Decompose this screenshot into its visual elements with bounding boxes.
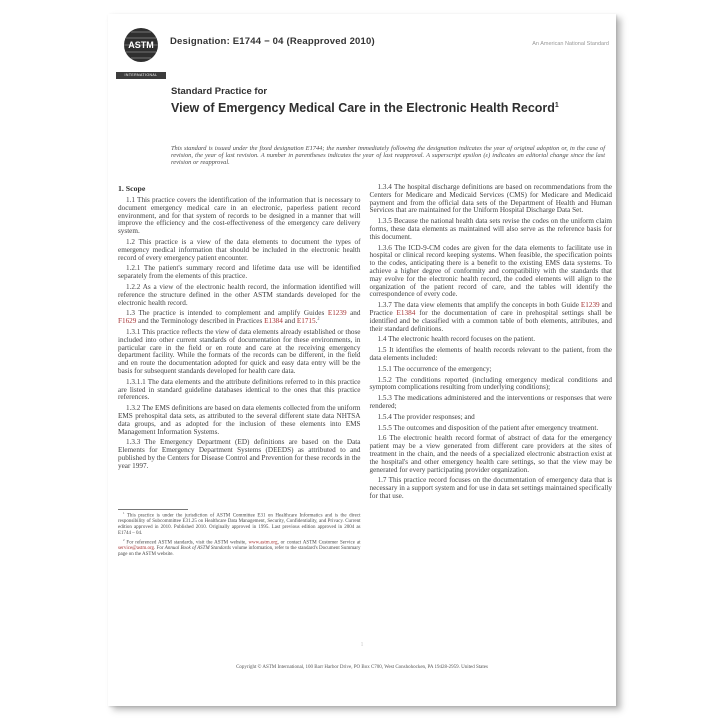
footnotes: 1 This practice is under the jurisdictio… xyxy=(118,513,361,559)
text-run: 1.2.1 The patient's summary record and l… xyxy=(118,264,361,280)
text-run: 1.3.7 The data view elements that amplif… xyxy=(378,301,581,309)
paragraph: 1.5.4 The provider responses; and xyxy=(370,414,613,422)
text-run: 1.6 The electronic health record format … xyxy=(370,434,613,473)
text-run: , or contact ASTM Customer Service at xyxy=(277,540,360,545)
paragraph: 1.5.5 The outcomes and disposition of th… xyxy=(370,425,613,433)
text-run: 1.5.2 The conditions reported (including… xyxy=(370,376,613,392)
paragraph: 1.3.5 Because the national health data s… xyxy=(370,218,613,241)
text-run: Annual Book of ASTM Standards xyxy=(165,546,231,551)
paragraph: 1.5.2 The conditions reported (including… xyxy=(370,377,613,393)
text-run: . For xyxy=(154,546,165,551)
text-run: 1.5.5 The outcomes and disposition of th… xyxy=(378,424,599,432)
paragraph: 1.3.2 The EMS definitions are based on d… xyxy=(118,405,361,436)
globe-icon: ASTM xyxy=(117,26,165,66)
text-run: 1.2 This practice is a view of the data … xyxy=(118,238,361,262)
right-column: 1.3.4 The hospital discharge definitions… xyxy=(370,184,613,561)
text-run: 1.5.3 The medications administered and t… xyxy=(370,394,613,410)
standard-link[interactable]: E1384 xyxy=(264,317,283,325)
standard-link[interactable]: E1384 xyxy=(397,309,416,317)
document-page: ASTM INTERNATIONAL Designation: E1744 − … xyxy=(108,14,616,706)
paragraph: 1.3.4 The hospital discharge definitions… xyxy=(370,184,613,215)
paragraph: 1.3 The practice is intended to compleme… xyxy=(118,310,361,326)
text-run: 1.7 This practice record focuses on the … xyxy=(370,476,613,500)
page-number: 1 xyxy=(108,642,616,648)
paragraph: 1.3.7 The data view elements that amplif… xyxy=(370,302,613,333)
scope-section: 1. Scope 1.1 This practice covers the id… xyxy=(118,184,612,561)
boilerplate-text: This standard is issued under the fixed … xyxy=(171,145,605,167)
standard-link[interactable]: E1715 xyxy=(297,317,316,325)
paragraph: 1.2.2 As a view of the electronic health… xyxy=(118,284,361,307)
text-run: 1.1 This practice covers the identificat… xyxy=(118,196,361,235)
paragraph: 1.1 This practice covers the identificat… xyxy=(118,197,361,236)
paragraph: 1 This practice is under the jurisdictio… xyxy=(118,513,361,538)
text-run: 1.4 The electronic health record focuses… xyxy=(378,335,536,343)
text-run: 1.5.1 The occurrence of the emergency; xyxy=(378,365,492,373)
paragraph: 1.3.3 The Emergency Department (ED) defi… xyxy=(118,439,361,470)
scope-heading: 1. Scope xyxy=(118,184,361,193)
text-run: 2 xyxy=(317,316,319,321)
paragraph: 2 For referenced ASTM standards, visit t… xyxy=(118,540,361,559)
right-paragraphs: 1.3.4 The hospital discharge definitions… xyxy=(370,184,613,501)
left-column: 1. Scope 1.1 This practice covers the id… xyxy=(118,184,361,561)
text-run: 1.3.6 The ICD-9-CM codes are given for t… xyxy=(370,244,613,299)
title-kicker: Standard Practice for xyxy=(171,86,608,97)
designation-text: Designation: E1744 − 04 (Reapproved 2010… xyxy=(170,36,375,47)
paragraph: 1.3.1.1 The data elements and the attrib… xyxy=(118,379,361,402)
paragraph: 1.3.6 The ICD-9-CM codes are given for t… xyxy=(370,245,613,300)
paragraph: 1.2 This practice is a view of the data … xyxy=(118,239,361,262)
text-run: 1.3.5 Because the national health data s… xyxy=(370,217,613,241)
standard-link[interactable]: F1629 xyxy=(118,317,136,325)
text-run: 1.5.4 The provider responses; and xyxy=(378,413,475,421)
paragraph: 1.7 This practice record focuses on the … xyxy=(370,477,613,500)
standard-link[interactable]: www.astm.org xyxy=(248,540,277,545)
text-run: 1.2.2 As a view of the electronic health… xyxy=(118,283,361,307)
paragraph: 1.5 It identifies the elements of health… xyxy=(370,347,613,363)
text-run: 1.5 It identifies the elements of health… xyxy=(370,346,613,362)
astm-logo-banner: INTERNATIONAL xyxy=(116,72,166,79)
national-standard-note: An American National Standard xyxy=(532,41,609,47)
standard-link[interactable]: E1239 xyxy=(328,309,347,317)
standard-link[interactable]: service@astm.org xyxy=(118,546,154,551)
title-block: Standard Practice for View of Emergency … xyxy=(171,86,608,116)
title-footnote-marker: 1 xyxy=(555,102,559,109)
text-run: 1.3.3 The Emergency Department (ED) defi… xyxy=(118,438,361,469)
standard-link[interactable]: E1239 xyxy=(581,301,600,309)
text-run: 1.3.1 This practice reflects the view of… xyxy=(118,328,361,375)
left-paragraphs: 1.1 This practice covers the identificat… xyxy=(118,197,361,471)
text-run: 1.3.4 The hospital discharge definitions… xyxy=(370,183,613,214)
text-run: For referenced ASTM standards, visit the… xyxy=(125,540,249,545)
paragraph: 1.2.1 The patient's summary record and l… xyxy=(118,265,361,281)
text-run: 1.3.2 The EMS definitions are based on d… xyxy=(118,404,361,435)
paragraph: 1.4 The electronic health record focuses… xyxy=(370,336,613,344)
astm-logo: ASTM INTERNATIONAL xyxy=(116,26,166,79)
title-text: View of Emergency Medical Care in the El… xyxy=(171,101,555,115)
page-title: View of Emergency Medical Care in the El… xyxy=(171,99,608,116)
text-run: and the Terminology described in Practic… xyxy=(136,317,264,325)
paragraph: 1.5.1 The occurrence of the emergency; xyxy=(370,366,613,374)
page-content: ASTM INTERNATIONAL Designation: E1744 − … xyxy=(108,14,616,706)
paragraph: 1.5.3 The medications administered and t… xyxy=(370,395,613,411)
paragraph: 1.3.1 This practice reflects the view of… xyxy=(118,329,361,376)
text-run: and xyxy=(283,317,297,325)
copyright-line: Copyright © ASTM International, 100 Barr… xyxy=(108,665,616,670)
text-run: This practice is under the jurisdiction … xyxy=(118,513,361,536)
logo-text: ASTM xyxy=(128,40,154,50)
text-run: 1.3.1.1 The data elements and the attrib… xyxy=(118,378,361,402)
footnote-separator xyxy=(118,509,188,510)
paragraph: 1.6 The electronic health record format … xyxy=(370,435,613,474)
text-run: and xyxy=(347,309,361,317)
